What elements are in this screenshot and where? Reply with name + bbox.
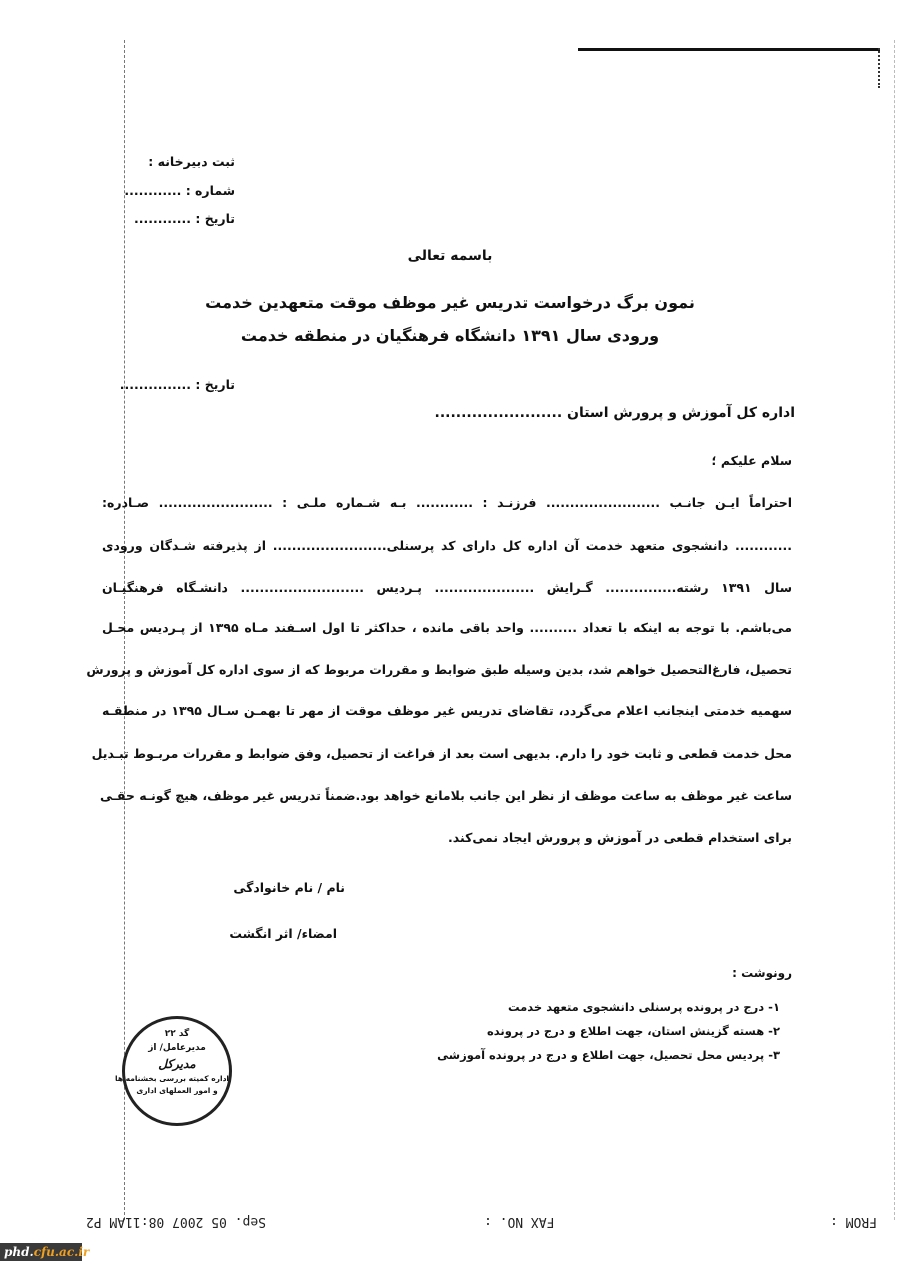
stamp-line-1: گد ۲۲	[125, 1029, 229, 1039]
signature-label: امضاء/ اثر انگشت	[229, 926, 337, 941]
body-line-2: ............ دانشجوی متعهد خدمت آن اداره…	[102, 538, 792, 553]
date-field-header[interactable]: تاریخ : ............	[134, 211, 235, 226]
date-field[interactable]: تاریخ : ...............	[120, 377, 235, 392]
watermark-part1: phd.	[4, 1245, 34, 1259]
watermark-badge: phd.cfu.ac.ir	[0, 1243, 82, 1261]
name-label: نام / نام خانوادگی	[233, 880, 345, 895]
fax-number-label: FAX NO. :	[484, 1214, 554, 1229]
right-margin-line	[894, 40, 895, 1220]
page-title-line1: نمون برگ درخواست تدریس غیر موظف موقت متع…	[0, 293, 900, 312]
page-title-line2: ورودی سال ۱۳۹۱ دانشگاه فرهنگیان در منطقه…	[0, 326, 900, 345]
registry-label: ثبت دبیرخانه :	[148, 154, 235, 169]
right-scan-line	[878, 48, 882, 88]
addressee: اداره کل آموزش و پرورش استان ...........…	[435, 405, 796, 421]
number-field[interactable]: شماره : ............	[124, 183, 235, 198]
copies-item-1: ۱- درج در پرونده پرسنلی دانشجوی متعهد خد…	[508, 1000, 780, 1014]
body-line-1: احتراماً ایـن جانـب ....................…	[102, 495, 792, 510]
body-line-9: برای استخدام قطعی در آموزش و پرورش ایجاد…	[102, 830, 792, 845]
greeting: سلام علیکم ؛	[712, 453, 792, 468]
body-line-7: محل خدمت قطعی و ثابت خود را دارم. بدیهی …	[102, 746, 792, 761]
stamp-line-2: مدیرعامل/ از	[125, 1043, 229, 1053]
copies-item-2: ۲- هسته گزینش استان، جهت اطلاع و درج در …	[487, 1024, 780, 1038]
stamp-line-3: مدیرکل	[125, 1057, 229, 1071]
body-line-3: سال ۱۳۹۱ رشته............... گـرایش ....…	[102, 580, 792, 595]
bismillah: باسمه تعالی	[0, 248, 900, 264]
top-scan-line	[578, 48, 880, 51]
official-stamp: گد ۲۲ مدیرعامل/ از مدیرکل اداره کمیته بر…	[122, 1016, 232, 1126]
body-line-8: ساعت غیر موظف به ساعت موظف از نظر این جا…	[102, 788, 792, 803]
body-line-4: می‌باشم. با توجه به اینکه با تعداد .....…	[102, 620, 792, 635]
body-line-5: تحصیل، فارغ‌التحصیل خواهم شد، بدین وسیله…	[102, 662, 792, 677]
stamp-line-5: و امور العملهای اداری	[125, 1086, 229, 1095]
stamp-line-4: اداره کمیته بررسی بخشنامه ها	[125, 1074, 229, 1083]
body-line-6: سهمیه خدمتی اینجانب اعلام می‌گردد، تقاضا…	[102, 703, 792, 718]
watermark-part2: cfu.ac.ir	[34, 1245, 90, 1259]
fax-from-label: FROM :	[830, 1214, 877, 1229]
copies-title: رونوشت :	[732, 966, 792, 980]
copies-item-3: ۳- پردیس محل تحصیل، جهت اطلاع و درج در پ…	[437, 1048, 780, 1062]
fax-timestamp: Sep. 05 2007 08:11AM P2	[86, 1214, 266, 1229]
